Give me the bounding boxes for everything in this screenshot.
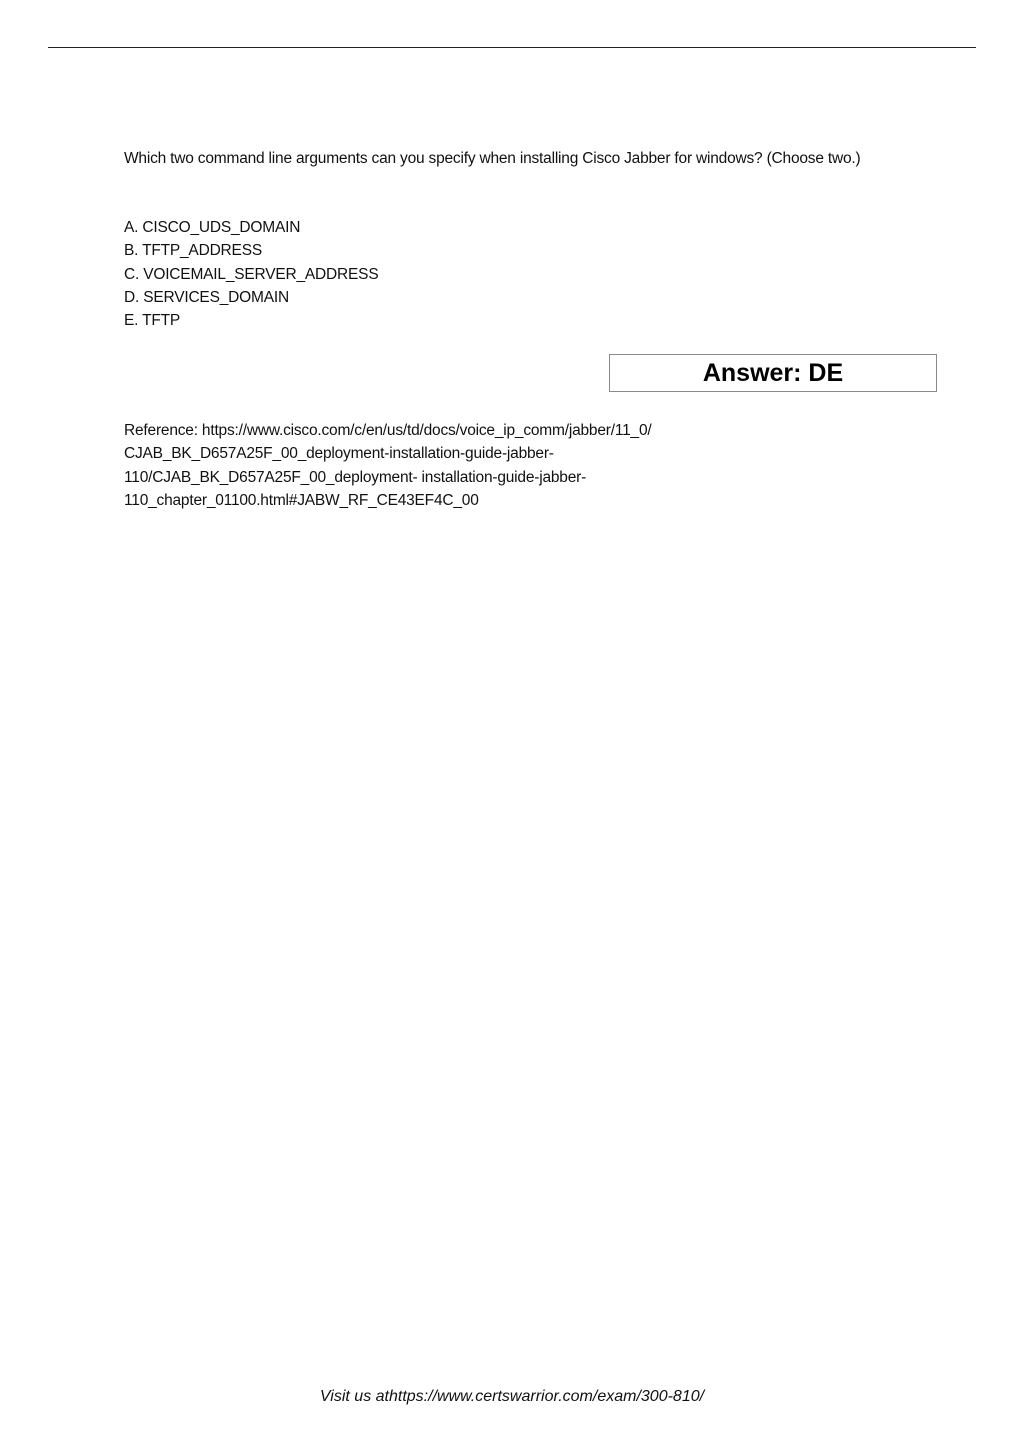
reference-block: Reference: https://www.cisco.com/c/en/us… <box>124 419 804 512</box>
reference-line: Reference: https://www.cisco.com/c/en/us… <box>124 419 804 442</box>
option-b: B. TFTP_ADDRESS <box>124 239 378 262</box>
reference-line: 110_chapter_01100.html#JABW_RF_CE43EF4C_… <box>124 489 804 512</box>
question-text: Which two command line arguments can you… <box>124 147 936 171</box>
reference-line: 110/CJAB_BK_D657A25F_00_deployment- inst… <box>124 466 804 489</box>
option-e: E. TFTP <box>124 309 378 332</box>
option-d: D. SERVICES_DOMAIN <box>124 286 378 309</box>
footer-link-text: Visit us athttps://www.certswarrior.com/… <box>0 1388 1024 1406</box>
option-a: A. CISCO_UDS_DOMAIN <box>124 216 378 239</box>
answer-options-list: A. CISCO_UDS_DOMAIN B. TFTP_ADDRESS C. V… <box>124 216 378 332</box>
reference-line: CJAB_BK_D657A25F_00_deployment-installat… <box>124 442 804 465</box>
header-divider <box>48 47 976 48</box>
answer-box: Answer: DE <box>609 354 937 392</box>
answer-text: Answer: DE <box>703 359 843 388</box>
option-c: C. VOICEMAIL_SERVER_ADDRESS <box>124 263 378 286</box>
